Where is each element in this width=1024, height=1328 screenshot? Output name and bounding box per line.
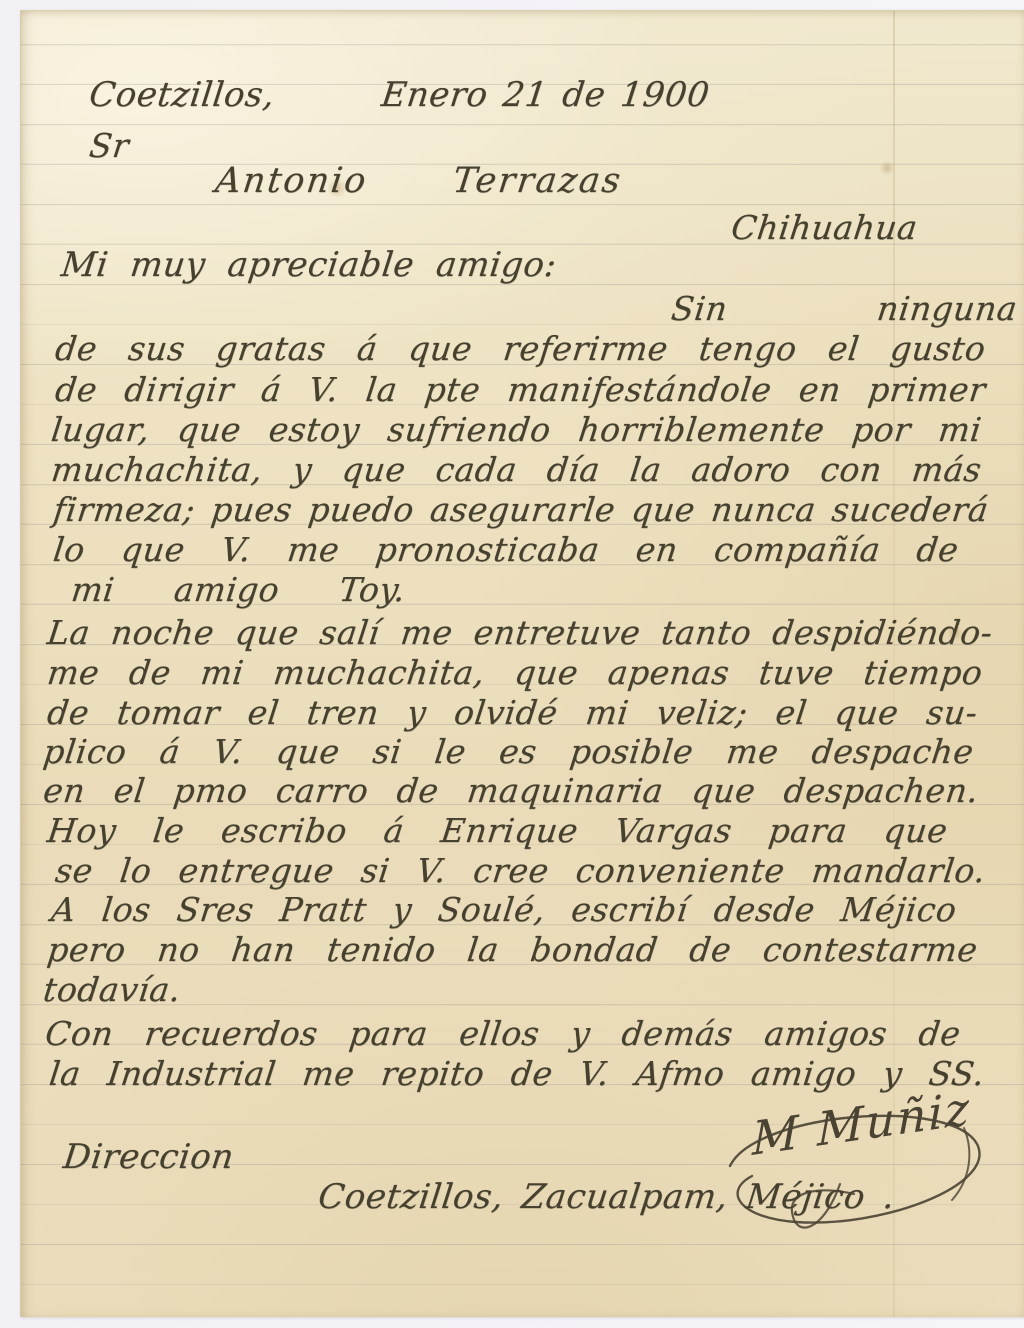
letter-line: pero no han tenido la bondad de contesta… (45, 931, 980, 970)
letter-line: todavía. (41, 971, 183, 1010)
letter-line: me de mi muchachita, que apenas tuve tie… (45, 654, 985, 693)
letter-line: firmeza; pues puedo asegurarle que nunca… (51, 491, 991, 530)
letter-line: en el pmo carro de maquinaria que despac… (41, 772, 981, 811)
letter-line: mi amigo Toy. (69, 571, 408, 610)
letter-line: de sus gratas á que referirme tengo el g… (53, 330, 988, 369)
letter-direccion-label: Direccion (61, 1137, 236, 1177)
letter-city: Chihuahua (729, 209, 920, 248)
paper-stain (879, 161, 895, 175)
letter-line: plico á V. que si le es posible me despa… (41, 733, 976, 772)
letter-line: muchachita, y que cada día la adoro con … (49, 451, 984, 490)
letter-line: La noche que salí me entretuve tanto des… (45, 614, 995, 653)
letter-line: se lo entregue si V. cree conveniente ma… (53, 852, 988, 891)
letter-line: Con recuerdos para ellos y demás amigos … (43, 1015, 963, 1054)
letter-line: Hoy le escribo á Enrique Vargas para que (45, 812, 950, 851)
letter-greeting: Mi muy apreciable amigo: (59, 245, 559, 285)
letter-line: Sin ninguna (669, 290, 1019, 329)
letter-line: lugar, que estoy sufriendo horriblemente… (49, 411, 984, 450)
letter-recipient: Antonio Terrazas (213, 161, 624, 202)
letter-line: A los Sres Pratt y Soulé, escribí desde … (49, 891, 959, 930)
letter-line: de tomar el tren y olvidé mi veliz; el q… (45, 694, 980, 733)
letter-place-date: Coetzillos, Enero 21 de 1900 (87, 75, 712, 115)
letter-salutation-prefix: Sr (87, 127, 131, 166)
scanned-letter: Coetzillos, Enero 21 de 1900 Sr Antonio … (0, 0, 1024, 1328)
letter-line: de dirigir á V. la pte manifestándole en… (53, 371, 988, 410)
letter-line: lo que V. me pronosticaba en compañía de (51, 531, 961, 570)
